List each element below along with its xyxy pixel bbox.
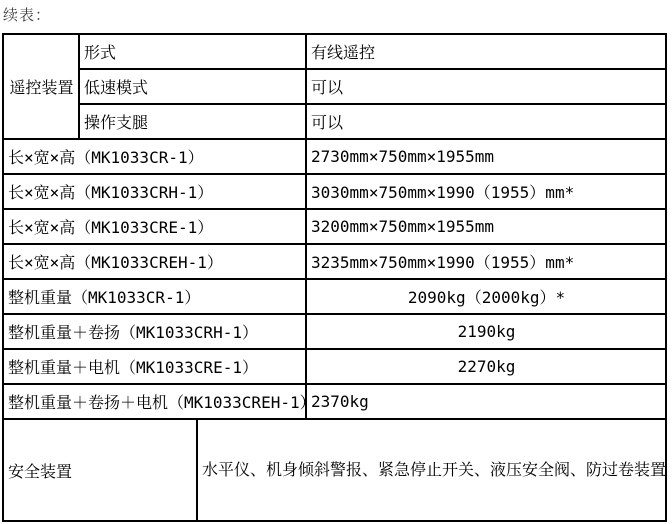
dimension-row-value: 3030mm×750mm×1990（1955）mm*	[306, 174, 666, 209]
dimension-row-label: 长×宽×高（MK1033CRH-1）	[3, 174, 306, 209]
weight-row-label: 整机重量＋卷扬＋电机（MK1033CREH-1）	[3, 384, 306, 419]
dimension-row-label: 长×宽×高（MK1033CR-1）	[3, 139, 306, 174]
table-row: 长×宽×高（MK1033CR-1） 2730mm×750mm×1955mm	[3, 139, 666, 174]
spec-table: 遥控装置 形式 有线遥控 低速模式 可以 操作支腿 可以 长×宽×高（MK103…	[2, 33, 667, 522]
table-row: 低速模式 可以	[3, 69, 666, 104]
remote-row-label: 操作支腿	[79, 104, 306, 139]
table-row: 整机重量＋卷扬＋电机（MK1033CREH-1） 2370kg	[3, 384, 666, 419]
table-row: 长×宽×高（MK1033CRE-1） 3200mm×750mm×1955mm	[3, 209, 666, 244]
table-row: 遥控装置 形式 有线遥控	[3, 34, 666, 69]
table-row: 整机重量＋卷扬（MK1033CRH-1） 2190kg	[3, 314, 666, 349]
dimension-row-value: 3200mm×750mm×1955mm	[306, 209, 666, 244]
safety-row-label: 安全装置	[3, 419, 197, 521]
dimension-row-label: 长×宽×高（MK1033CREH-1）	[3, 244, 306, 279]
remote-row-value: 有线遥控	[306, 34, 666, 69]
weight-row-label: 整机重量＋电机（MK1033CRE-1）	[3, 349, 306, 384]
remote-row-value: 可以	[306, 69, 666, 104]
page-title: 续表：	[3, 6, 672, 24]
remote-row-label: 形式	[79, 34, 306, 69]
table-row: 长×宽×高（MK1033CRH-1） 3030mm×750mm×1990（195…	[3, 174, 666, 209]
remote-row-label: 低速模式	[79, 69, 306, 104]
document-page: 续表： 遥控装置 形式 有线遥控 低速模式 可以 操作支腿 可以 长×宽×高（M…	[0, 6, 672, 522]
safety-row-value: 水平仪、机身倾斜警报、紧急停止开关、液压安全阀、防过卷装置、钢丝绳锁紧装置、起重…	[197, 419, 666, 521]
weight-row-value: 2090kg（2000kg）*	[306, 279, 666, 314]
table-row: 安全装置 水平仪、机身倾斜警报、紧急停止开关、液压安全阀、防过卷装置、钢丝绳锁紧…	[3, 419, 666, 521]
table-row: 操作支腿 可以	[3, 104, 666, 139]
dimension-row-label: 长×宽×高（MK1033CRE-1）	[3, 209, 306, 244]
weight-row-label: 整机重量（MK1033CR-1）	[3, 279, 306, 314]
dimension-row-value: 2730mm×750mm×1955mm	[306, 139, 666, 174]
table-row: 长×宽×高（MK1033CREH-1） 3235mm×750mm×1990（19…	[3, 244, 666, 279]
remote-row-value: 可以	[306, 104, 666, 139]
weight-row-label: 整机重量＋卷扬（MK1033CRH-1）	[3, 314, 306, 349]
dimension-row-value: 3235mm×750mm×1990（1955）mm*	[306, 244, 666, 279]
remote-group-label: 遥控装置	[3, 34, 79, 139]
weight-row-value: 2190kg	[306, 314, 666, 349]
weight-row-value: 2370kg	[306, 384, 666, 419]
table-row: 整机重量＋电机（MK1033CRE-1） 2270kg	[3, 349, 666, 384]
weight-row-value: 2270kg	[306, 349, 666, 384]
table-row: 整机重量（MK1033CR-1） 2090kg（2000kg）*	[3, 279, 666, 314]
